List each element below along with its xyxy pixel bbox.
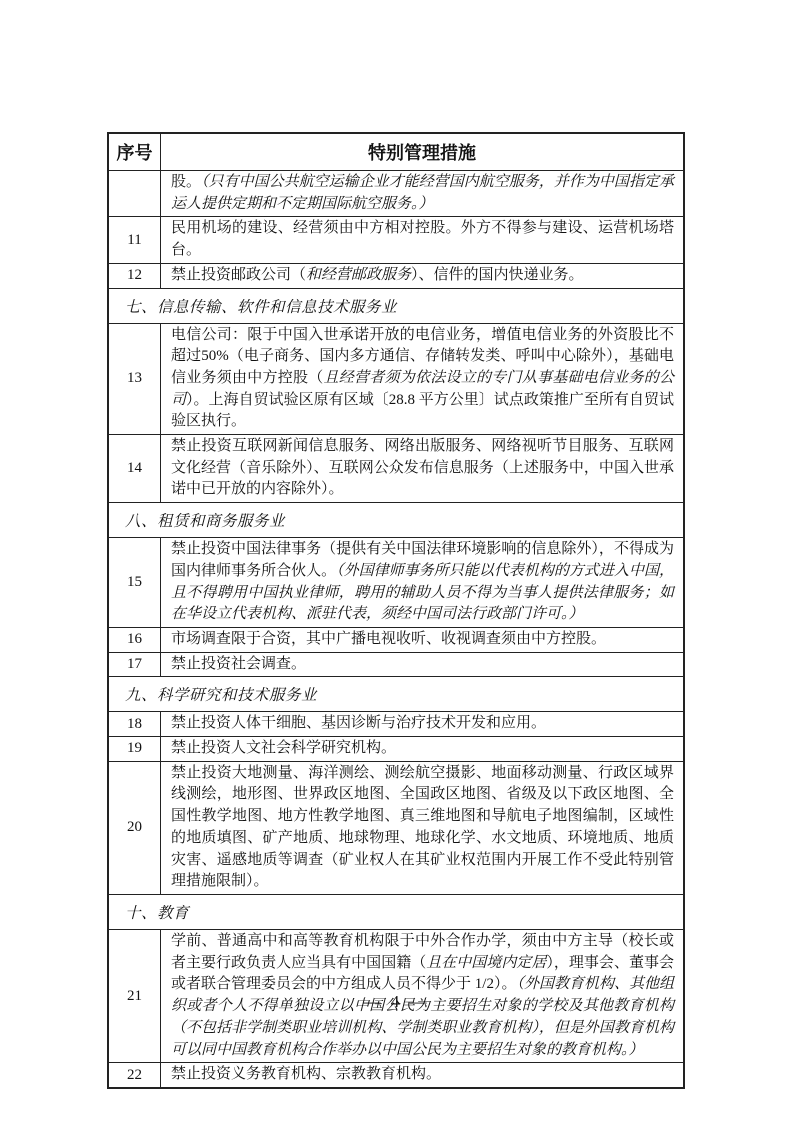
row-number-cell: 22: [108, 1063, 161, 1088]
section-title: 七、信息传输、软件和信息技术服务业: [108, 288, 684, 323]
table-row: 22 禁止投资义务教育机构、宗教教育机构。: [108, 1063, 684, 1088]
section-row: 七、信息传输、软件和信息技术服务业: [108, 288, 684, 323]
row-number-cell: 12: [108, 263, 161, 288]
measure-text-cell: 禁止投资邮政公司（和经营邮政服务）、信件的国内快递业务。: [161, 263, 685, 288]
table-header-row: 序号 特别管理措施: [108, 133, 684, 171]
section-row: 十、教育: [108, 894, 684, 929]
measure-text-cell: 股。（只有中国公共航空运输企业才能经营国内航空服务，并作为中国指定承运人提供定期…: [161, 171, 685, 217]
measure-text-segment: 禁止投资义务教育机构、宗教教育机构。: [171, 1066, 441, 1082]
table-row: 17 禁止投资社会调查。: [108, 652, 684, 677]
measure-text-cell: 电信公司：限于中国入世承诺开放的电信业务，增值电信业务的外资股比不超过50%（电…: [161, 323, 685, 435]
table-row: 16 市场调查限于合资，其中广播电视收听、收视调查须由中方控股。: [108, 627, 684, 652]
table-row: 12 禁止投资邮政公司（和经营邮政服务）、信件的国内快递业务。: [108, 263, 684, 288]
column-header-measures: 特别管理措施: [161, 133, 685, 171]
table-row: 18 禁止投资人体干细胞、基因诊断与治疗技术开发和应用。: [108, 712, 684, 737]
table-row: 11 民用机场的建设、经营须由中方相对控股。外方不得参与建设、运营机场塔台。: [108, 217, 684, 263]
section-title: 十、教育: [108, 894, 684, 929]
document-page: 序号 特别管理措施 股。（只有中国公共航空运输企业才能经营国内航空服务，并作为中…: [0, 0, 793, 1122]
measure-text-segment: 禁止投资人文社会科学研究机构。: [171, 740, 396, 756]
row-number-cell: 11: [108, 217, 161, 263]
row-number-cell: [108, 171, 161, 217]
measure-text-cell: 禁止投资人体干细胞、基因诊断与治疗技术开发和应用。: [161, 712, 685, 737]
table-row: 15 禁止投资中国法律事务（提供有关中国法律环境影响的信息除外），不得成为国内律…: [108, 538, 684, 628]
measure-text-segment: 和经营邮政服务: [306, 267, 411, 283]
measure-text-segment: 禁止投资社会调查。: [171, 656, 306, 672]
row-number-cell: 14: [108, 435, 161, 503]
measure-text-cell: 禁止投资义务教育机构、宗教教育机构。: [161, 1063, 685, 1088]
row-number-cell: 17: [108, 652, 161, 677]
measure-text-cell: 民用机场的建设、经营须由中方相对控股。外方不得参与建设、运营机场塔台。: [161, 217, 685, 263]
measure-text-cell: 禁止投资社会调查。: [161, 652, 685, 677]
row-number-cell: 19: [108, 737, 161, 762]
measure-text-segment: 禁止投资互联网新闻信息服务、网络出版服务、网络视听节目服务、互联网文化经营（音乐…: [171, 438, 674, 497]
section-row: 九、科学研究和技术服务业: [108, 677, 684, 712]
measure-text-segment: 股。: [171, 174, 201, 190]
page-number: — 4 —: [364, 992, 430, 1011]
row-number-cell: 16: [108, 627, 161, 652]
measure-text-segment: 禁止投资人体干细胞、基因诊断与治疗技术开发和应用。: [171, 715, 546, 731]
measure-text-segment: 且在中国境内定居: [426, 955, 546, 971]
table-row: 股。（只有中国公共航空运输企业才能经营国内航空服务，并作为中国指定承运人提供定期…: [108, 171, 684, 217]
table-row: 19 禁止投资人文社会科学研究机构。: [108, 737, 684, 762]
table-row: 20 禁止投资大地测量、海洋测绘、测绘航空摄影、地面移动测量、行政区域界线测绘，…: [108, 761, 684, 894]
row-number-cell: 20: [108, 761, 161, 894]
section-title: 九、科学研究和技术服务业: [108, 677, 684, 712]
row-number-cell: 13: [108, 323, 161, 435]
row-number-cell: 15: [108, 538, 161, 628]
table-row: 14 禁止投资互联网新闻信息服务、网络出版服务、网络视听节目服务、互联网文化经营…: [108, 435, 684, 503]
measure-text-cell: 禁止投资大地测量、海洋测绘、测绘航空摄影、地面移动测量、行政区域界线测绘，地形图…: [161, 761, 685, 894]
measure-text-segment: 禁止投资邮政公司（: [171, 267, 306, 283]
measure-text-cell: 禁止投资人文社会科学研究机构。: [161, 737, 685, 762]
measure-text-cell: 市场调查限于合资，其中广播电视收听、收视调查须由中方控股。: [161, 627, 685, 652]
measure-text-segment: 民用机场的建设、经营须由中方相对控股。外方不得参与建设、运营机场塔台。: [171, 220, 674, 258]
section-title: 八、租赁和商务服务业: [108, 503, 684, 538]
measure-text-segment: ）。上海自贸试验区原有区域〔28.8 平方公里〕试点政策推广至所有自贸试验区执行…: [171, 392, 674, 430]
measure-text-segment: 市场调查限于合资，其中广播电视收听、收视调查须由中方控股。: [171, 631, 606, 647]
measure-text-cell: 禁止投资互联网新闻信息服务、网络出版服务、网络视听节目服务、互联网文化经营（音乐…: [161, 435, 685, 503]
column-header-serial-number: 序号: [108, 133, 161, 171]
section-row: 八、租赁和商务服务业: [108, 503, 684, 538]
measure-text-segment: ）、信件的国内快递业务。: [411, 267, 584, 283]
measure-text-cell: 禁止投资中国法律事务（提供有关中国法律环境影响的信息除外），不得成为国内律师事务…: [161, 538, 685, 628]
measure-text-segment: 禁止投资大地测量、海洋测绘、测绘航空摄影、地面移动测量、行政区域界线测绘，地形图…: [171, 765, 674, 890]
row-number-cell: 18: [108, 712, 161, 737]
page-footer: — 4 —: [0, 992, 793, 1012]
measure-text-segment: （只有中国公共航空运输企业才能经营国内航空服务，并作为中国指定承运人提供定期和不…: [171, 174, 674, 212]
table-row: 13 电信公司：限于中国入世承诺开放的电信业务，增值电信业务的外资股比不超过50…: [108, 323, 684, 435]
special-measures-table: 序号 特别管理措施 股。（只有中国公共航空运输企业才能经营国内航空服务，并作为中…: [107, 132, 685, 1089]
